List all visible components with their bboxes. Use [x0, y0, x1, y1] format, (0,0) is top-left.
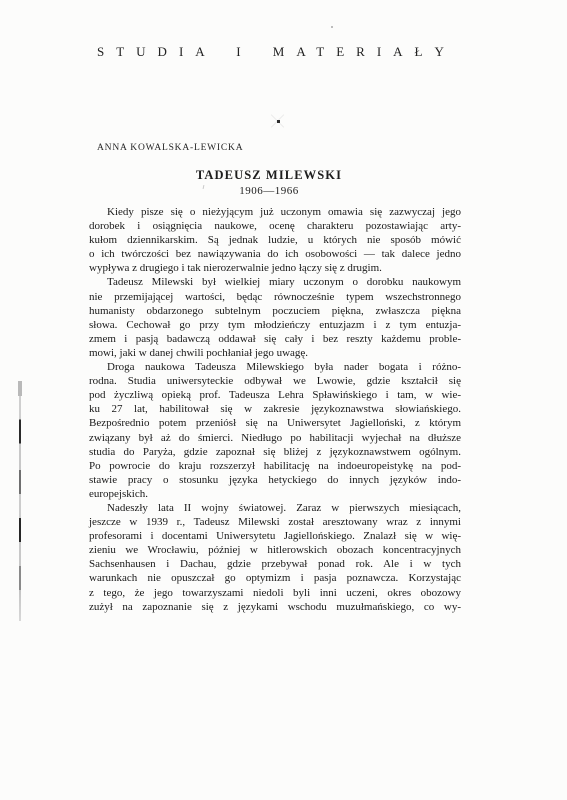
text-line: dorobek i osiągnięcia naukowe, ocenę cha… — [89, 219, 461, 233]
text-line: studia do Paryża, gdzie zapoznał się bli… — [89, 445, 461, 459]
text-line: europejskich. — [89, 487, 461, 501]
text-line: Nadeszły lata II wojny światowej. Zaraz … — [89, 501, 461, 515]
life-years: 1906—1966 — [83, 185, 455, 197]
text-line: nie przemijającej wartości, będąc równoc… — [89, 290, 461, 304]
paragraph: Kiedy pisze się o nieżyjącym już uczonym… — [89, 205, 461, 275]
text-line: ku 27 lat, habilitował się w zakresie ję… — [89, 402, 461, 416]
text-line: zieniu we Wrocławiu, później w hitlerows… — [89, 543, 461, 557]
text-line: Po powrocie do kraju rozszerzył habilita… — [89, 459, 461, 473]
body-text: Kiedy pisze się o nieżyjącym już uczonym… — [89, 205, 461, 614]
text-line: Kiedy pisze się o nieżyjącym już uczonym… — [89, 205, 461, 219]
text-line: kułom dziennikarskim. Są jednak ludzie, … — [89, 233, 461, 247]
text-line: jeszcze w 1939 r., Tadeusz Milewski zost… — [89, 515, 461, 529]
text-line: humanisty obdarzonego subtelnym poczucie… — [89, 304, 461, 318]
text-line: z tego, że jego towarzyszami niedoli byl… — [89, 586, 461, 600]
text-line: Droga naukowa Tadeusza Milewskiego była … — [89, 360, 461, 374]
author-name: ANNA KOWALSKA-LEWICKA — [97, 143, 243, 153]
scan-artifact-fold-line — [19, 381, 21, 621]
text-line: mowi, jaki w danej chwili pochłaniał jeg… — [89, 346, 461, 360]
text-line: zmem i pasją badawczą oddawał się cały i… — [89, 332, 461, 346]
paragraph: Nadeszły lata II wojny światowej. Zaraz … — [89, 501, 461, 614]
text-line: słowa. Cechował go przy tym młodzieńczy … — [89, 318, 461, 332]
text-line: Tadeusz Milewski był wielkiej miary uczo… — [89, 275, 461, 289]
text-line: profesorami i docentami Uniwersytetu Jag… — [89, 529, 461, 543]
text-line: stawie pracy o stosunku języka hetyckieg… — [89, 473, 461, 487]
text-line: wypływa z drugiego i tak nierozerwalnie … — [89, 261, 461, 275]
text-line: Sachsenhausen i Dachau, gdzie przebywał … — [89, 557, 461, 571]
scan-speck — [331, 26, 333, 28]
journal-series-title: STUDIA I MATERIAŁY — [97, 44, 456, 60]
text-line: pod życzliwą opieką prof. Tadeusza Lehra… — [89, 388, 461, 402]
paragraph: Tadeusz Milewski był wielkiej miary uczo… — [89, 275, 461, 360]
article-title: TADEUSZ MILEWSKI — [83, 168, 455, 183]
ink-speck — [277, 120, 280, 123]
text-line: warunkach nie opuszczał go optymizm i pa… — [89, 571, 461, 585]
paragraph: Droga naukowa Tadeusza Milewskiego była … — [89, 360, 461, 501]
text-line: Bezpośrednio potem przeniósł się na Uniw… — [89, 416, 461, 430]
text-line: związany był aż do śmierci. Niedługo po … — [89, 431, 461, 445]
text-line: o ich twórczości bez nawiązywania do ich… — [89, 247, 461, 261]
text-line: rodna. Studia uniwersyteckie odbywał we … — [89, 374, 461, 388]
text-line: zużył na zapoznanie się z językami wscho… — [89, 600, 461, 614]
scanned-page: STUDIA I MATERIAŁY ANNA KOWALSKA-LEWICKA… — [0, 0, 567, 800]
title-block: TADEUSZ MILEWSKI 1906—1966 — [83, 168, 455, 197]
